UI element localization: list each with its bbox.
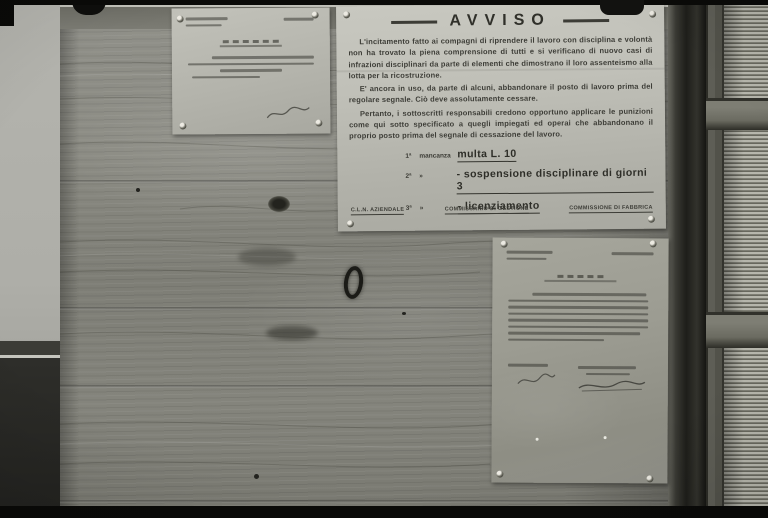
signature-commissione-di-fabbrica: COMMISSIONE DI FABBRICA: [569, 205, 653, 214]
wood-speck: [136, 188, 140, 192]
penalty-label: »: [419, 173, 456, 180]
note-letterhead: [507, 251, 567, 264]
wood-knot-streak: [266, 326, 318, 340]
pin-icon: [496, 471, 503, 478]
notice-paragraph-2: E' ancora in uso, da parte di alcuni, ab…: [349, 81, 653, 106]
penalty-ordinal: 2ª: [405, 173, 419, 180]
ribbed-glass-panel: [724, 0, 768, 518]
wall-dado: [0, 358, 62, 506]
signature-squiggle: [264, 102, 312, 124]
notice-paragraph-3: Pertanto, i sottoscritti responsabili cr…: [349, 105, 653, 141]
wall-dark-band: [0, 341, 62, 355]
pin-icon: [649, 11, 656, 18]
printed-notice-avviso: AVVISO L'incitamento fatto ai compagni d…: [336, 4, 666, 232]
door-frame-pole: [668, 0, 706, 518]
pin-icon: [501, 241, 508, 248]
pin-icon: [312, 12, 319, 19]
wood-smudge: [238, 248, 296, 266]
signature-squiggle: [576, 378, 648, 394]
penalty-row-1: 1ª mancanza multa L. 10: [405, 147, 653, 163]
title-rule-left: [392, 20, 438, 23]
pin-icon: [343, 11, 350, 18]
notice-title: AVVISO: [449, 12, 550, 31]
film-edge-top: [0, 0, 768, 5]
penalty-text: multa L. 10: [457, 148, 516, 163]
dark-clamp: [600, 0, 644, 15]
note-title-illegible: [492, 275, 668, 282]
note-body-illegible: [508, 293, 652, 346]
penalty-text: - sospensione disciplinare di giorni 3: [457, 167, 654, 195]
photograph-notice-board: AVVISO L'incitamento fatto ai compagni d…: [0, 0, 768, 518]
pin-icon: [646, 475, 653, 482]
pin-icon: [177, 15, 184, 22]
typed-note-bottom-right: [491, 238, 668, 484]
paper-fleck: [536, 438, 539, 441]
pin-icon: [347, 220, 354, 227]
signature-cln-aziendale: C.L.N. AZIENDALE: [351, 207, 405, 215]
door-rail: [706, 312, 768, 348]
pin-icon: [648, 216, 655, 223]
wood-knot: [268, 196, 290, 212]
penalty-ordinal: 1ª: [405, 153, 419, 160]
door-stile: [706, 0, 724, 518]
note-letterhead: [186, 17, 246, 30]
penalty-label: mancanza: [419, 153, 457, 160]
film-edge-bottom: [0, 506, 768, 518]
door-rail: [706, 98, 768, 130]
signature-commissario-di-gestione: COMMISSARIO DI GESTIONE: [445, 206, 529, 215]
typed-note-top-left: [172, 7, 331, 134]
note-date-line: [284, 18, 316, 25]
wood-speck: [402, 312, 406, 315]
note-body-illegible: [186, 56, 316, 83]
signature-squiggle: [514, 370, 558, 392]
pin-icon: [650, 240, 657, 247]
note-date-line: [612, 252, 656, 259]
notice-paragraph-1: L'incitamento fatto ai compagni di ripre…: [348, 34, 652, 82]
pin-icon: [315, 120, 322, 127]
paper-fleck: [604, 436, 607, 439]
plank-seam: [60, 500, 706, 503]
wood-speck: [254, 474, 259, 479]
pin-icon: [179, 122, 186, 129]
title-rule-right: [563, 19, 609, 22]
note-title-illegible: [172, 39, 330, 47]
penalty-row-2: 2ª » - sospensione disciplinare di giorn…: [405, 167, 653, 195]
